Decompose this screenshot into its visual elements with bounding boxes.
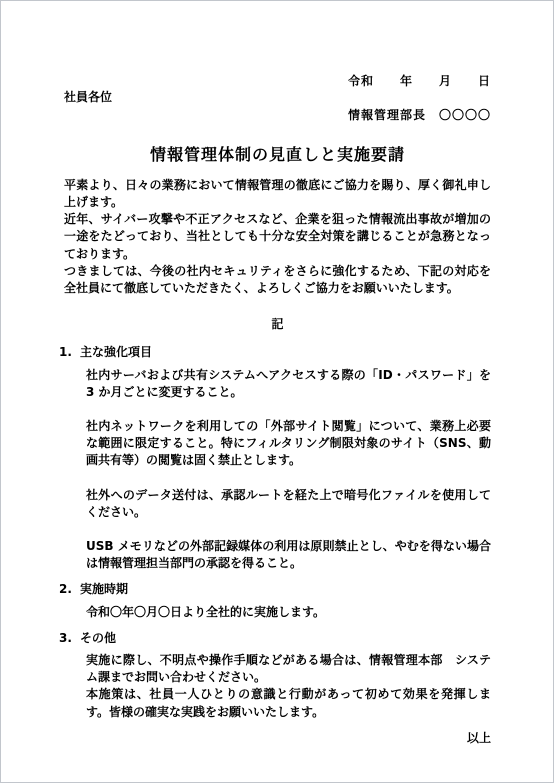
section-paragraph: USB メモリなどの外部記録媒体の利用は原則禁止とし、やむを得ない場合は情報管理… <box>86 538 491 572</box>
section-heading-row: 2. 実施時期 <box>59 581 491 598</box>
section-implementation-period: 2. 実施時期 令和〇年〇月〇日より全社的に実施します。 <box>64 581 491 620</box>
document-title: 情報管理体制の見直しと実施要請 <box>64 146 491 163</box>
section-paragraph: 令和〇年〇月〇日より全社的に実施します。 <box>86 604 491 621</box>
section-body: 社内サーバおよび共有システムへアクセスする際の「ID・パスワード」を 3 か月ご… <box>86 367 491 573</box>
document-page: 令和 年 月 日 社員各位 情報管理部長 〇〇〇〇 情報管理体制の見直しと実施要… <box>0 0 554 783</box>
section-heading-row: 1. 主な強化項目 <box>59 344 491 361</box>
section-number: 3. <box>59 630 80 647</box>
section-heading: その他 <box>80 630 491 647</box>
section-other: 3. その他 実施に際し、不明点や操作手順などがある場合は、情報管理本部 システ… <box>64 630 491 721</box>
section-main-items: 1. 主な強化項目 社内サーバおよび共有システムへアクセスする際の「ID・パスワ… <box>64 344 491 572</box>
section-body: 実施に際し、不明点や操作手順などがある場合は、情報管理本部 システム課までお問い… <box>86 652 491 721</box>
intro-block: 平素より、日々の業務において情報管理の徹底にご協力を賜り、厚く御礼申し上げます。… <box>64 177 491 297</box>
section-heading: 主な強化項目 <box>80 344 491 361</box>
sender-line: 情報管理部長 〇〇〇〇 <box>64 107 491 124</box>
section-paragraph: 社内ネットワークを利用しての「外部サイト閲覧」について、業務上必要な範囲に限定す… <box>86 418 491 470</box>
section-paragraph: 本施策は、社員一人ひとりの意識と行動があって初めて効果を発揮します。皆様の確実な… <box>86 686 491 720</box>
intro-paragraph: 近年、サイバー攻撃や不正アクセスなど、企業を狙った情報流出事故が増加の一途をたど… <box>64 211 491 263</box>
date-line: 令和 年 月 日 <box>64 73 491 90</box>
section-number: 1. <box>59 344 80 361</box>
section-paragraph: 社外へのデータ送付は、承認ルートを経た上で暗号化ファイルを使用してください。 <box>86 487 491 521</box>
section-heading-row: 3. その他 <box>59 630 491 647</box>
closing-marker: 以上 <box>64 730 491 747</box>
section-paragraph: 実施に際し、不明点や操作手順などがある場合は、情報管理本部 システム課までお問い… <box>86 652 491 686</box>
section-number: 2. <box>59 581 80 598</box>
recipient-line: 社員各位 <box>64 89 491 106</box>
section-body: 令和〇年〇月〇日より全社的に実施します。 <box>86 604 491 621</box>
intro-paragraph: つきましては、今後の社内セキュリティをさらに強化するため、下記の対応を全社員にて… <box>64 263 491 297</box>
section-heading: 実施時期 <box>80 581 491 598</box>
section-paragraph: 社内サーバおよび共有システムへアクセスする際の「ID・パスワード」を 3 か月ご… <box>86 367 491 401</box>
record-marker: 記 <box>64 316 491 333</box>
intro-paragraph: 平素より、日々の業務において情報管理の徹底にご協力を賜り、厚く御礼申し上げます。 <box>64 177 491 211</box>
